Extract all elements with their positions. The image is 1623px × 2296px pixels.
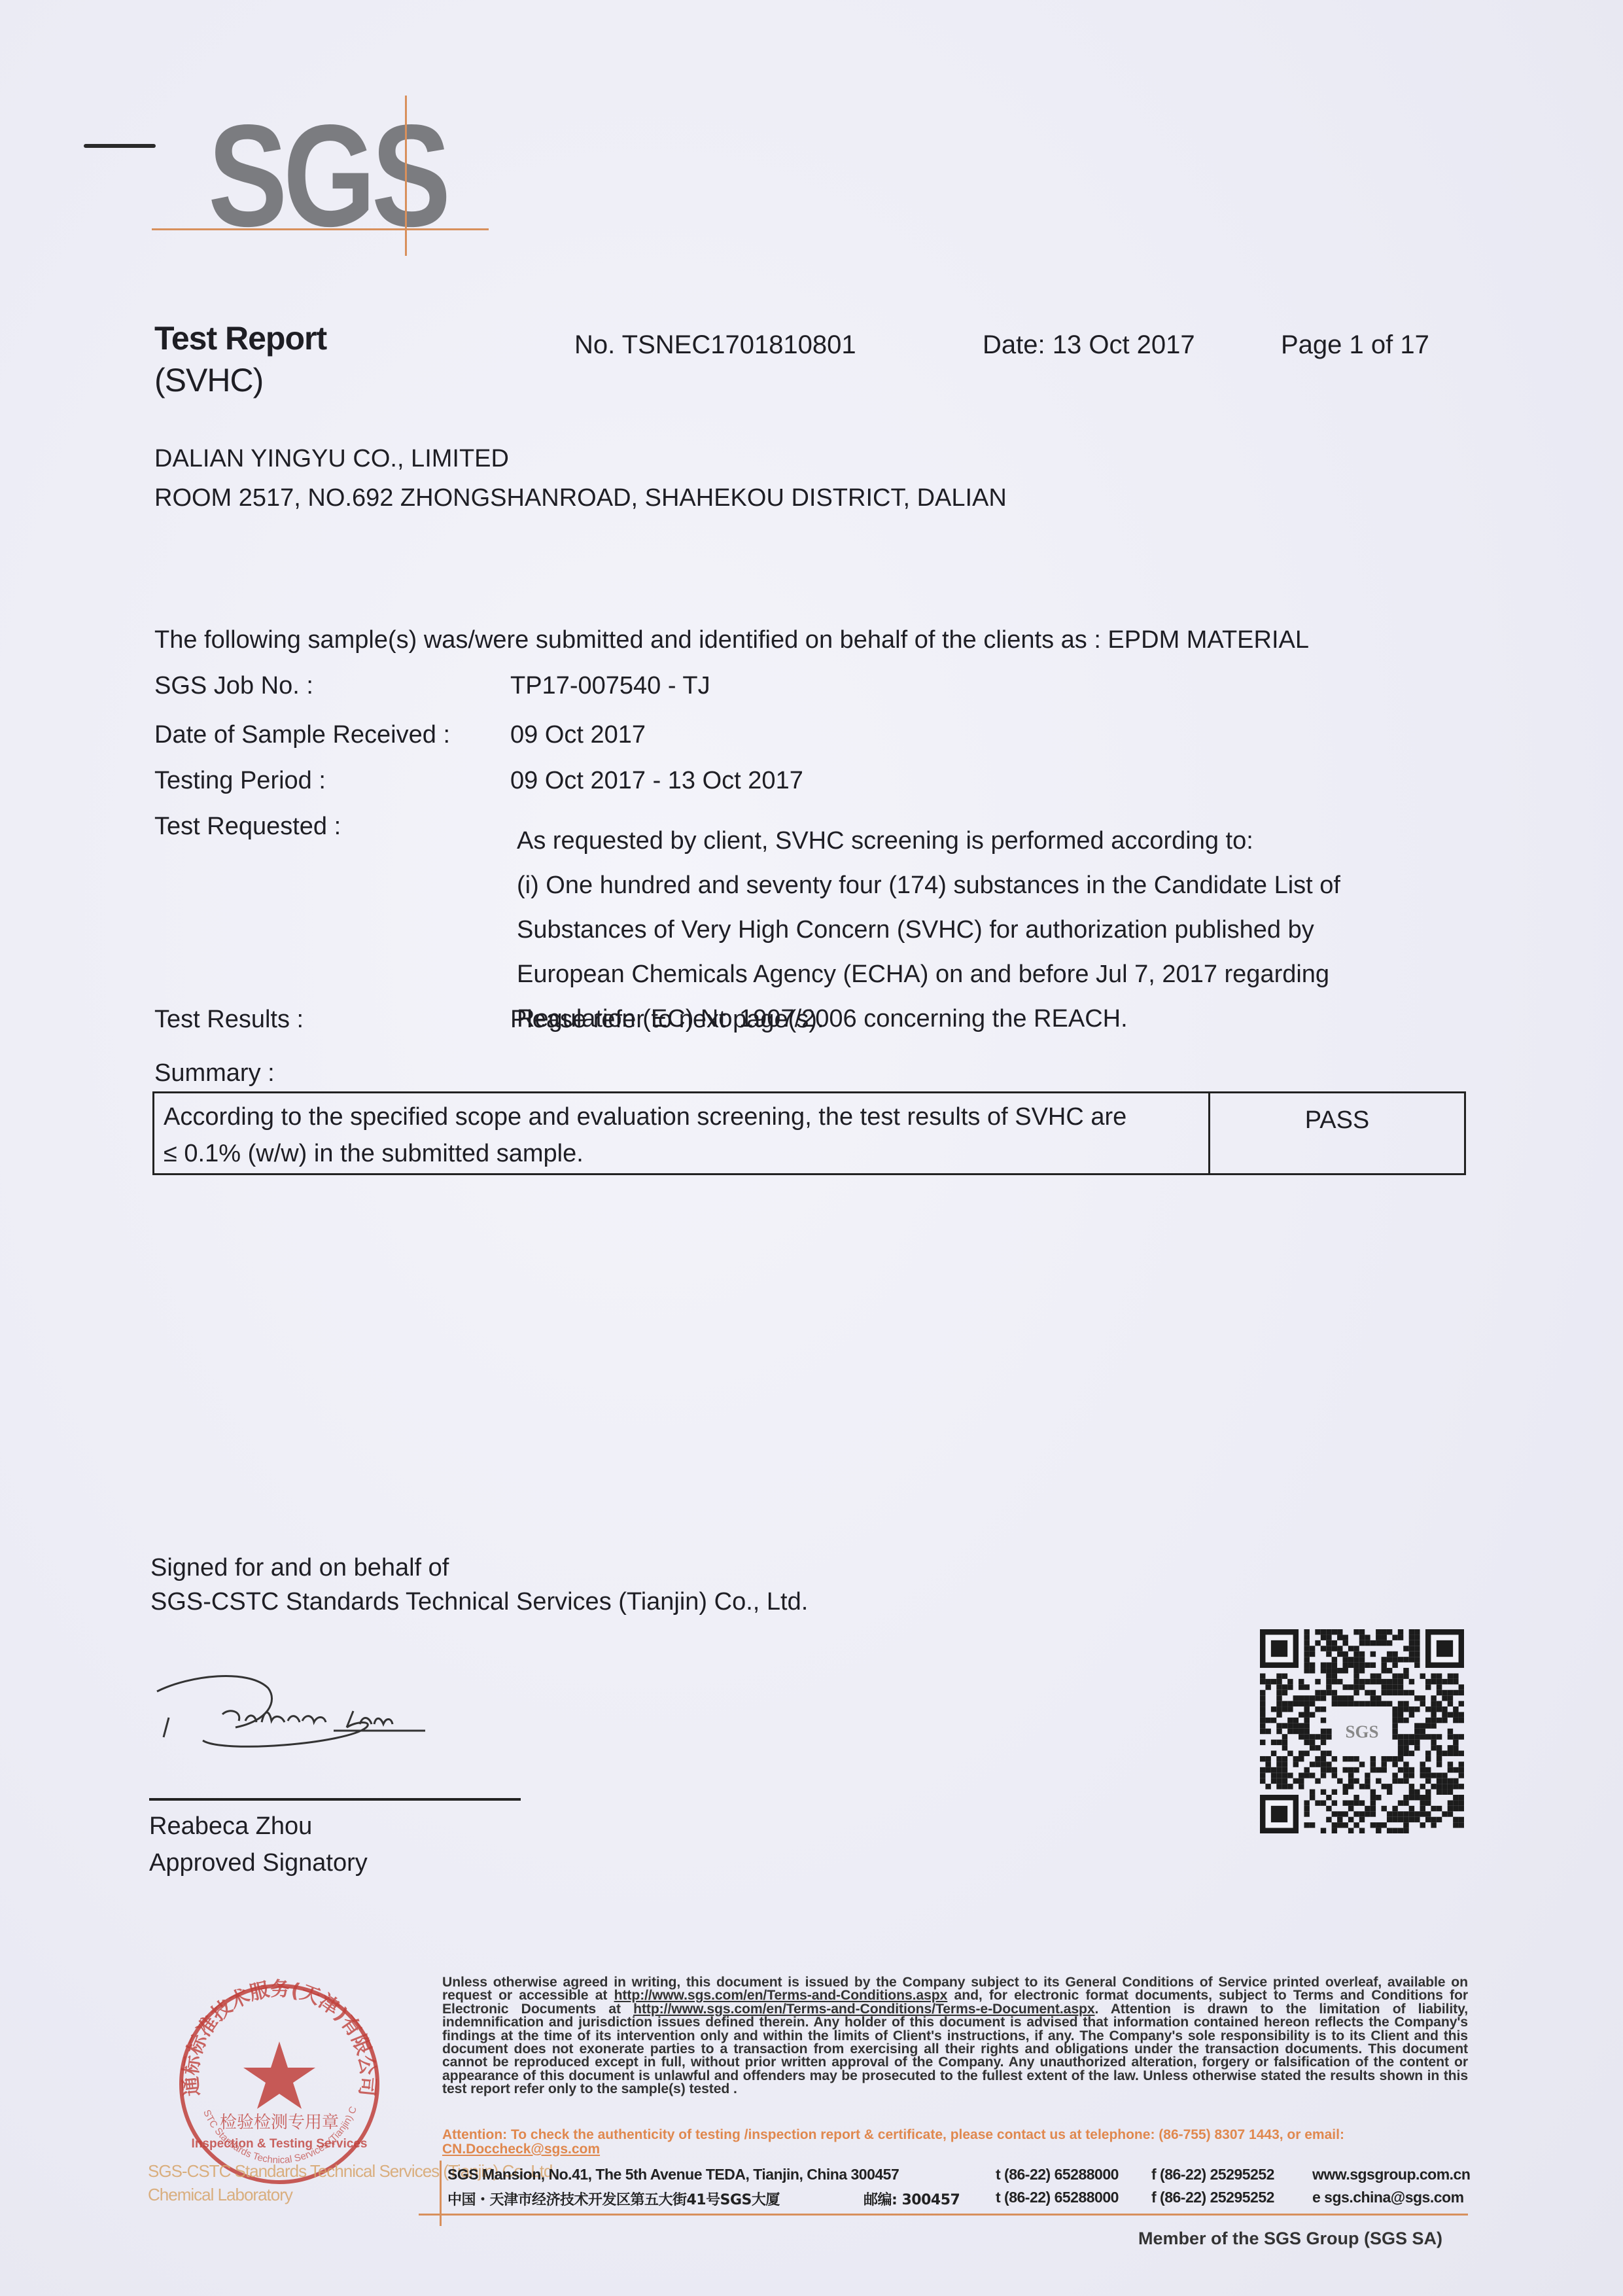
svg-text:SGS: SGS xyxy=(1346,1722,1379,1741)
test-requested-label: Test Requested : xyxy=(154,813,341,841)
summary-table: According to the specified scope and eva… xyxy=(152,1091,1466,1175)
logo-mark-dash xyxy=(84,144,156,148)
signature-line xyxy=(149,1798,521,1801)
date-received-label: Date of Sample Received : xyxy=(154,721,450,749)
report-title: Test Report (SVHC) xyxy=(154,317,326,401)
footer-rule-horizontal xyxy=(419,2214,1468,2216)
handwritten-signature xyxy=(150,1662,438,1754)
logo-rule-horizontal xyxy=(152,228,489,230)
sgs-group-membership: Member of the SGS Group (SGS SA) xyxy=(1138,2229,1442,2249)
footer-website[interactable]: www.sgsgroup.com.cn xyxy=(1312,2166,1470,2183)
signed-on-behalf: Signed for and on behalf of SGS-CSTC Sta… xyxy=(150,1551,808,1619)
test-results-label: Test Results : xyxy=(154,1006,304,1034)
sgs-logo: SGS xyxy=(208,103,447,249)
footer-fax: f (86-22) 25295252 xyxy=(1151,2166,1274,2183)
qr-code[interactable]: SGS xyxy=(1260,1629,1464,1833)
test-results-value: Please refer to next page(s). xyxy=(510,1006,824,1034)
client-address: ROOM 2517, NO.692 ZHONGSHANROAD, SHAHEKO… xyxy=(154,484,1007,512)
footer-tel: t (86-22) 65288000 xyxy=(996,2166,1119,2183)
footer-fax-2: f (86-22) 25295252 xyxy=(1151,2189,1274,2206)
signatory-title: Approved Signatory xyxy=(149,1849,368,1877)
signatory-name: Reabeca Zhou xyxy=(149,1812,312,1841)
page-indicator: Page 1 of 17 xyxy=(1281,330,1429,360)
footer-address-en: SGS Mansion, No.41, The 5th Avenue TEDA,… xyxy=(447,2166,899,2183)
footer-address-cn: 中国・天津市经济技术开发区第五大街41号SGS大厦 xyxy=(447,2189,780,2209)
terms-disclaimer: Unless otherwise agreed in writing, this… xyxy=(442,1976,1468,2096)
report-date: Date: 13 Oct 2017 xyxy=(983,330,1195,360)
svg-text:检验检测专用章: 检验检测专用章 xyxy=(220,2113,339,2132)
summary-statement: According to the specified scope and eva… xyxy=(154,1093,1210,1173)
footer-postcode-cn: 邮编: 300457 xyxy=(864,2189,960,2209)
testing-period-label: Testing Period : xyxy=(154,767,326,795)
testing-period-value: 09 Oct 2017 - 13 Oct 2017 xyxy=(510,767,803,795)
report-number: No. TSNEC1701810801 xyxy=(574,330,856,360)
footer-email[interactable]: e sgs.china@sgs.com xyxy=(1312,2189,1464,2206)
authenticity-notice: Attention: To check the authenticity of … xyxy=(442,2128,1468,2157)
footer-rule-vertical xyxy=(440,2161,442,2226)
sample-identification: The following sample(s) was/were submitt… xyxy=(154,626,1309,654)
document-page: SGS Test Report (SVHC) No. TSNEC17018108… xyxy=(0,0,1623,2296)
summary-label: Summary : xyxy=(154,1059,275,1087)
job-no-value: TP17-007540 - TJ xyxy=(510,672,710,700)
date-received-value: 09 Oct 2017 xyxy=(510,721,646,749)
logo-rule-vertical xyxy=(405,96,407,256)
client-name: DALIAN YINGYU CO., LIMITED xyxy=(154,445,509,473)
doccheck-email-link[interactable]: CN.Doccheck@sgs.com xyxy=(442,2142,600,2157)
footer-tel-2: t (86-22) 65288000 xyxy=(996,2189,1119,2206)
summary-result: PASS xyxy=(1210,1093,1464,1173)
job-no-label: SGS Job No. : xyxy=(154,672,313,700)
